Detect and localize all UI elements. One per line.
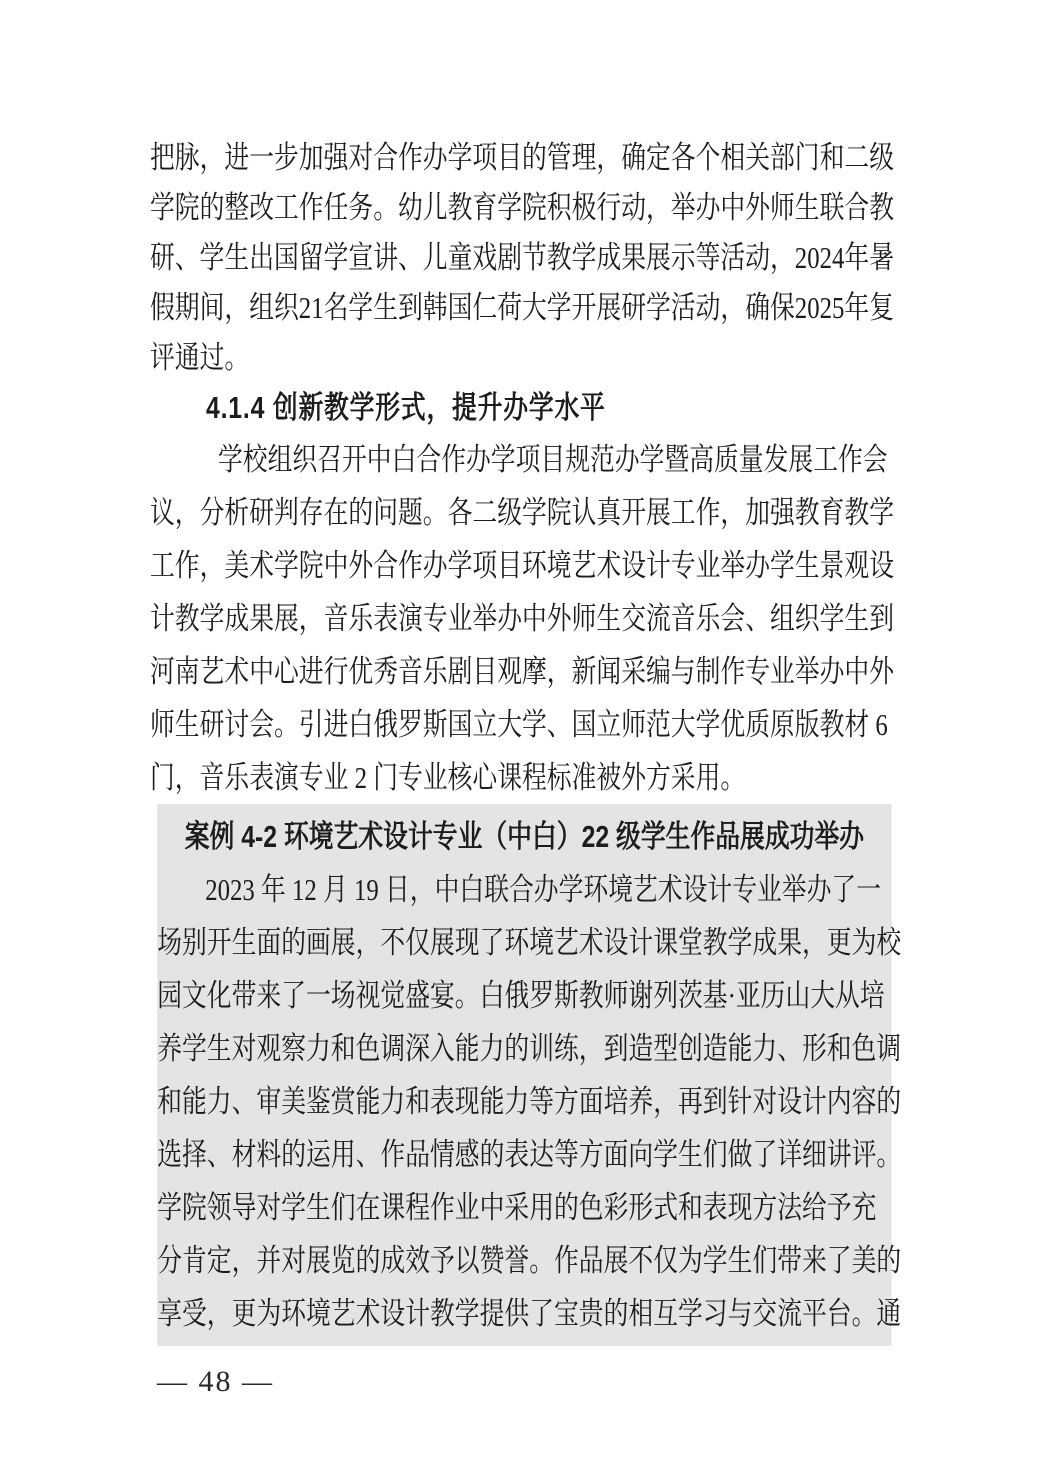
body-line: 议，分析研判存在的问题。各二级学院认真开展工作，加强教育教学: [150, 486, 902, 539]
case-body: 2023 年 12 月 19 日，中白联合办学环境艺术设计专业举办了一 场别开生…: [157, 863, 891, 1340]
case-line: 养学生对观察力和色调深入能力的训练，到造型创造能力、形和色调: [157, 1022, 891, 1075]
page-number: — 48 —: [157, 1362, 274, 1402]
body-line: 研、学生出国留学宣讲、儿童戏剧节教学成果展示等活动，2024年暑: [150, 233, 902, 283]
case-box: 案例 4-2 环境艺术设计专业（中白）22 级学生作品展成功举办 2023 年 …: [157, 804, 891, 1346]
body-line: 师生研讨会。引进白俄罗斯国立大学、国立师范大学优质原版教材 6: [150, 698, 902, 751]
body-line: 计教学成果展，音乐表演专业举办中外师生交流音乐会、组织学生到: [150, 592, 902, 645]
case-line: 和能力、审美鉴赏能力和表现能力等方面培养，再到针对设计内容的: [157, 1075, 891, 1128]
paragraph-body: 学校组织召开中白合作办学项目规范办学暨高质量发展工作会 议，分析研判存在的问题。…: [150, 433, 902, 804]
body-line: 河南艺术中心进行优秀音乐剧目观摩，新闻采编与制作专业举办中外: [150, 645, 902, 698]
case-line: 学院领导对学生们在课程作业中采用的色彩形式和表现方法给予充: [157, 1181, 891, 1234]
case-line: 园文化带来了一场视觉盛宴。白俄罗斯教师谢列茨基·亚历山大从培: [157, 969, 891, 1022]
body-line: 假期间，组织21名学生到韩国仁荷大学开展研学活动，确保2025年复: [150, 283, 902, 333]
paragraph-continuation: 把脉，进一步加强对合作办学项目的管理，确定各个相关部门和二级 学院的整改工作任务…: [150, 133, 902, 383]
body-line: 学院的整改工作任务。幼儿教育学院积极行动，举办中外师生联合教: [150, 183, 902, 233]
case-line: 2023 年 12 月 19 日，中白联合办学环境艺术设计专业举办了一: [157, 863, 891, 916]
body-line: 工作，美术学院中外合作办学项目环境艺术设计专业举办学生景观设: [150, 539, 902, 592]
case-line: 选择、材料的运用、作品情感的表达等方面向学生们做了详细讲评。: [157, 1128, 891, 1181]
page-content: 把脉，进一步加强对合作办学项目的管理，确定各个相关部门和二级 学院的整改工作任务…: [150, 133, 902, 1346]
document-page: 把脉，进一步加强对合作办学项目的管理，确定各个相关部门和二级 学院的整改工作任务…: [0, 0, 1041, 1472]
body-line: 把脉，进一步加强对合作办学项目的管理，确定各个相关部门和二级: [150, 133, 902, 183]
section-heading: 4.1.4 创新教学形式，提升办学水平: [150, 383, 902, 433]
body-line: 门，音乐表演专业 2 门专业核心课程标准被外方采用。: [150, 751, 902, 804]
case-line: 场别开生面的画展，不仅展现了环境艺术设计课堂教学成果，更为校: [157, 916, 891, 969]
case-line: 享受，更为环境艺术设计教学提供了宝贵的相互学习与交流平台。通: [157, 1287, 891, 1340]
body-line: 学校组织召开中白合作办学项目规范办学暨高质量发展工作会: [150, 433, 902, 486]
body-line: 评通过。: [150, 333, 902, 383]
case-line: 分肯定，并对展览的成效予以赞誉。作品展不仅为学生们带来了美的: [157, 1234, 891, 1287]
case-title: 案例 4-2 环境艺术设计专业（中白）22 级学生作品展成功举办: [157, 810, 891, 863]
